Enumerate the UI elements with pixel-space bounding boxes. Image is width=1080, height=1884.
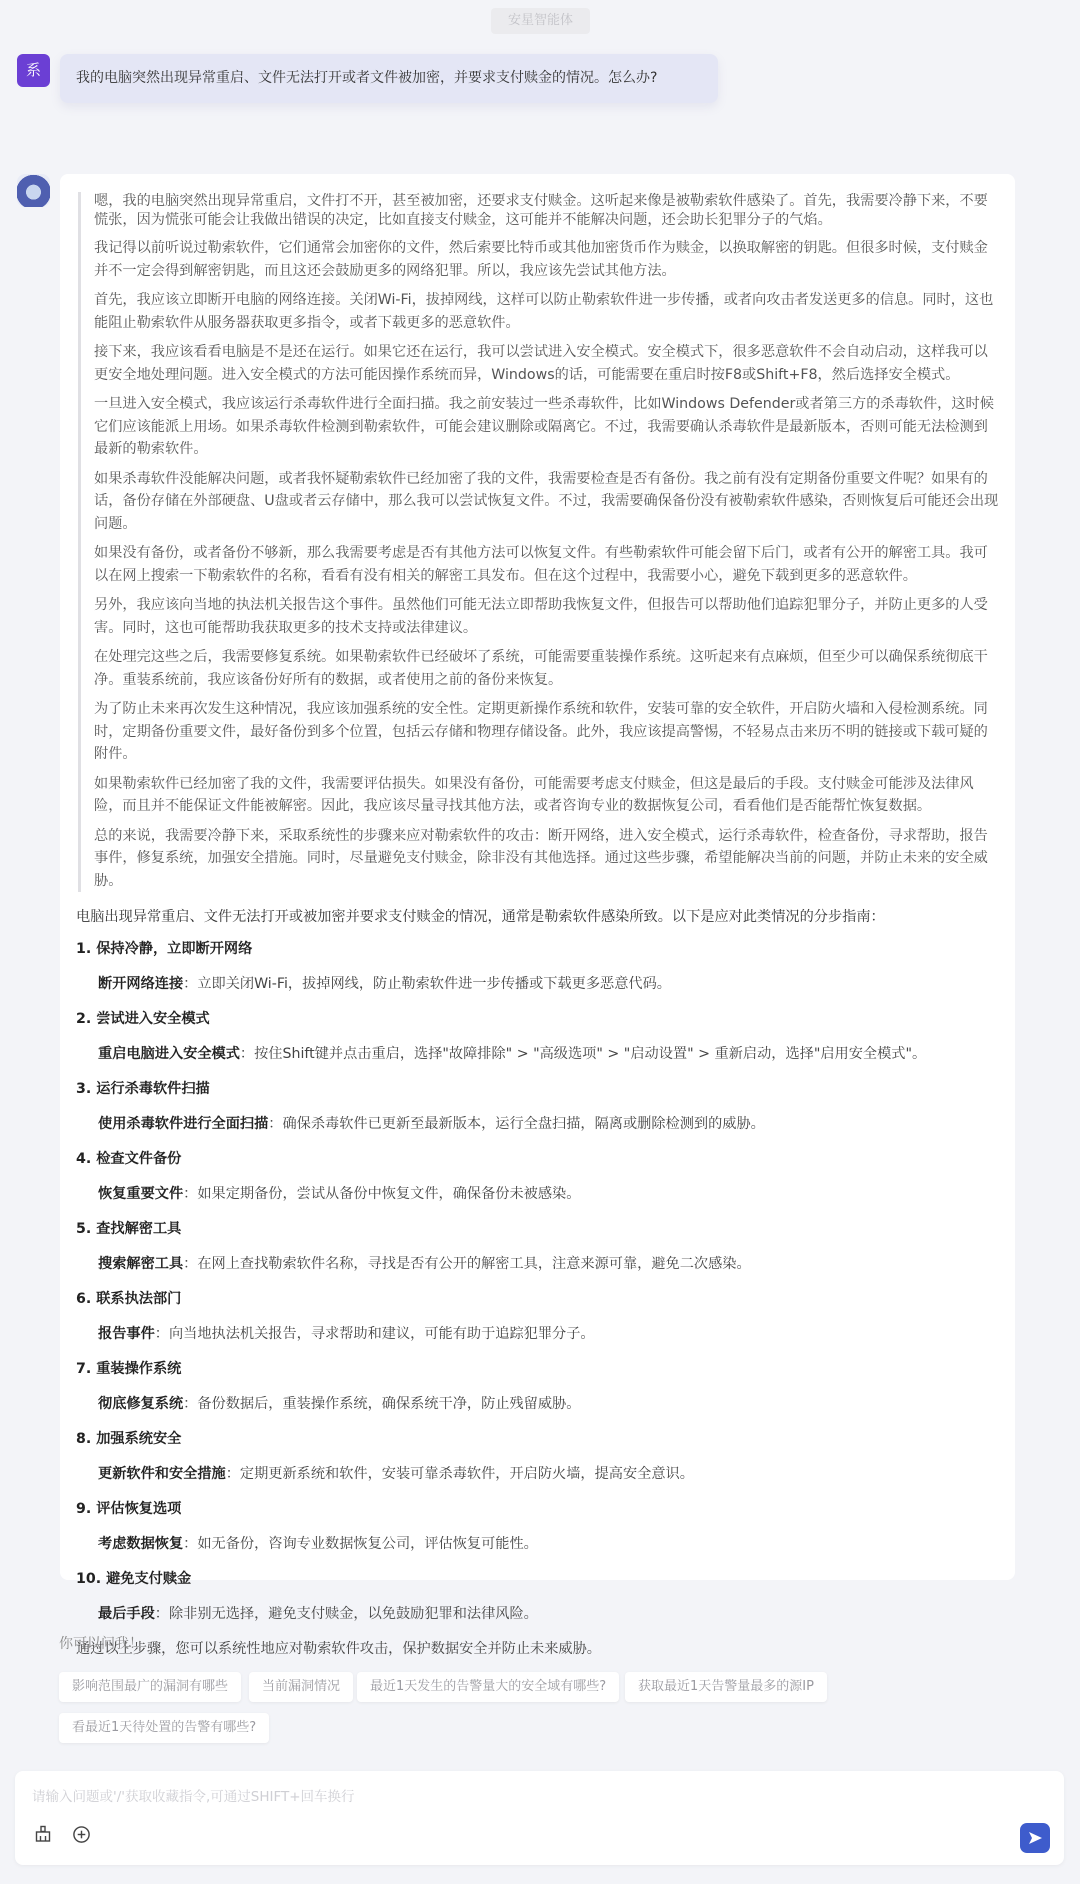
step-label: 搜索解密工具 — [98, 1256, 183, 1272]
step-label: 恢复重要文件 — [98, 1186, 183, 1202]
step-label: 更新软件和安全措施 — [98, 1466, 226, 1482]
step-text: ：立即关闭Wi-Fi，拔掉网线，防止勒索软件进一步传播或下载更多恶意代码。 — [183, 976, 671, 992]
reasoning-paragraph: 嗯，我的电脑突然出现异常重启，文件打不开，甚至被加密，还要求支付赎金。这听起来像… — [94, 192, 999, 230]
app-title-tag: 安星智能体 — [491, 8, 590, 34]
step-title: 1. 保持冷静，立即断开网络 — [76, 938, 999, 960]
chat-input-box — [15, 1771, 1064, 1865]
user-message-bubble: 我的电脑突然出现异常重启、文件无法打开或者文件被加密，并要求支付赎金的情况。怎么… — [60, 54, 718, 103]
answer-intro: 电脑出现异常重启、文件无法打开或被加密并要求支付赎金的情况，通常是勒索软件感染所… — [76, 906, 999, 928]
step-body: 报告事件：向当地执法机关报告，寻求帮助和建议，可能有助于追踪犯罪分子。 — [76, 1323, 999, 1345]
step-text: ：在网上查找勒索软件名称，寻找是否有公开的解密工具，注意来源可靠，避免二次感染。 — [183, 1256, 751, 1272]
step-title: 6. 联系执法部门 — [76, 1288, 999, 1310]
user-avatar: 系 — [17, 54, 50, 87]
step-title: 2. 尝试进入安全模式 — [76, 1008, 999, 1030]
broom-icon[interactable] — [32, 1823, 54, 1845]
step-label: 考虑数据恢复 — [98, 1536, 183, 1552]
step-body: 更新软件和安全措施：定期更新系统和软件，安装可靠杀毒软件，开启防火墙，提高安全意… — [76, 1463, 999, 1485]
step-text: ：如无备份，咨询专业数据恢复公司，评估恢复可能性。 — [183, 1536, 538, 1552]
step-label: 重启电脑进入安全模式 — [98, 1046, 240, 1062]
reasoning-paragraph: 为了防止未来再次发生这种情况，我应该加强系统的安全性。定期更新操作系统和软件，安… — [94, 698, 999, 766]
step-body: 最后手段：除非别无选择，避免支付赎金，以免鼓励犯罪和法律风险。 — [76, 1603, 999, 1625]
step-title: 3. 运行杀毒软件扫描 — [76, 1078, 999, 1100]
step-label: 使用杀毒软件进行全面扫描 — [98, 1116, 268, 1132]
step-label: 彻底修复系统 — [98, 1396, 183, 1412]
reasoning-paragraph: 我记得以前听说过勒索软件，它们通常会加密你的文件，然后索要比特币或其他加密货币作… — [94, 237, 999, 282]
step-text: ：如果定期备份，尝试从备份中恢复文件，确保备份未被感染。 — [183, 1186, 580, 1202]
suggestion-chip[interactable]: 影响范围最广的漏洞有哪些 — [59, 1672, 241, 1702]
send-icon — [1026, 1829, 1044, 1847]
step-label: 最后手段 — [98, 1606, 155, 1622]
chat-input[interactable] — [32, 1785, 932, 1809]
step-body: 断开网络连接：立即关闭Wi-Fi，拔掉网线，防止勒索软件进一步传播或下载更多恶意… — [76, 973, 999, 995]
step-label: 报告事件 — [98, 1326, 155, 1342]
bot-avatar — [17, 174, 50, 207]
step-title: 5. 查找解密工具 — [76, 1218, 999, 1240]
reasoning-paragraph: 另外，我应该向当地的执法机关报告这个事件。虽然他们可能无法立即帮助我恢复文件，但… — [94, 594, 999, 639]
step-text: ：定期更新系统和软件，安装可靠杀毒软件，开启防火墙，提高安全意识。 — [226, 1466, 694, 1482]
suggestion-chip[interactable]: 看最近1天待处置的告警有哪些? — [59, 1713, 269, 1743]
step-body: 重启电脑进入安全模式：按住Shift键并点击重启，选择"故障排除" > "高级选… — [76, 1043, 999, 1065]
reasoning-paragraph: 总的来说，我需要冷静下来，采取系统性的步骤来应对勒索软件的攻击：断开网络，进入安… — [94, 825, 999, 893]
plus-circle-icon[interactable] — [70, 1823, 92, 1845]
step-text: ：备份数据后，重装操作系统，确保系统干净，防止残留威胁。 — [183, 1396, 580, 1412]
answer-block: 电脑出现异常重启、文件无法打开或被加密并要求支付赎金的情况，通常是勒索软件感染所… — [76, 906, 999, 1660]
reasoning-block: 嗯，我的电脑突然出现异常重启，文件打不开，甚至被加密，还要求支付赎金。这听起来像… — [78, 192, 999, 892]
step-title: 7. 重装操作系统 — [76, 1358, 999, 1380]
step-text: ：向当地执法机关报告，寻求帮助和建议，可能有助于追踪犯罪分子。 — [155, 1326, 595, 1342]
step-title: 8. 加强系统安全 — [76, 1428, 999, 1450]
reasoning-paragraph: 首先，我应该立即断开电脑的网络连接。关闭Wi-Fi，拔掉网线，这样可以防止勒索软… — [94, 289, 999, 334]
reasoning-paragraph: 接下来，我应该看看电脑是不是还在运行。如果它还在运行，我可以尝试进入安全模式。安… — [94, 341, 999, 386]
step-text: ：除非别无选择，避免支付赎金，以免鼓励犯罪和法律风险。 — [155, 1606, 538, 1622]
step-title: 10. 避免支付赎金 — [76, 1568, 999, 1590]
step-body: 恢复重要文件：如果定期备份，尝试从备份中恢复文件，确保备份未被感染。 — [76, 1183, 999, 1205]
step-text: ：按住Shift键并点击重启，选择"故障排除" > "高级选项" > "启动设置… — [240, 1046, 926, 1062]
suggestions-title: 你可以问我！ — [59, 1633, 143, 1653]
step-label: 断开网络连接 — [98, 976, 183, 992]
suggestion-chip[interactable]: 当前漏洞情况 — [249, 1672, 353, 1702]
step-body: 彻底修复系统：备份数据后，重装操作系统，确保系统干净，防止残留威胁。 — [76, 1393, 999, 1415]
suggestion-chip[interactable]: 获取最近1天告警量最多的源IP — [625, 1672, 827, 1702]
step-body: 考虑数据恢复：如无备份，咨询专业数据恢复公司，评估恢复可能性。 — [76, 1533, 999, 1555]
reasoning-paragraph: 如果没有备份，或者备份不够新，那么我需要考虑是否有其他方法可以恢复文件。有些勒索… — [94, 542, 999, 587]
reasoning-paragraph: 在处理完这些之后，我需要修复系统。如果勒索软件已经破坏了系统，可能需要重装操作系… — [94, 646, 999, 691]
step-title: 4. 检查文件备份 — [76, 1148, 999, 1170]
reasoning-paragraph: 一旦进入安全模式，我应该运行杀毒软件进行全面扫描。我之前安装过一些杀毒软件，比如… — [94, 393, 999, 461]
step-body: 使用杀毒软件进行全面扫描：确保杀毒软件已更新至最新版本，运行全盘扫描，隔离或删除… — [76, 1113, 999, 1135]
reasoning-paragraph: 如果勒索软件已经加密了我的文件，我需要评估损失。如果没有备份，可能需要考虑支付赎… — [94, 773, 999, 818]
answer-outro: 通过以上步骤，您可以系统性地应对勒索软件攻击，保护数据安全并防止未来威胁。 — [76, 1638, 999, 1660]
step-title: 9. 评估恢复选项 — [76, 1498, 999, 1520]
step-text: ：确保杀毒软件已更新至最新版本，运行全盘扫描，隔离或删除检测到的威胁。 — [268, 1116, 765, 1132]
send-button[interactable] — [1020, 1823, 1050, 1853]
step-body: 搜索解密工具：在网上查找勒索软件名称，寻找是否有公开的解密工具，注意来源可靠，避… — [76, 1253, 999, 1275]
reasoning-paragraph: 如果杀毒软件没能解决问题，或者我怀疑勒索软件已经加密了我的文件，我需要检查是否有… — [94, 468, 999, 536]
suggestion-chip[interactable]: 最近1天发生的告警量大的安全域有哪些? — [357, 1672, 619, 1702]
bot-message-card: 嗯，我的电脑突然出现异常重启，文件打不开，甚至被加密，还要求支付赎金。这听起来像… — [60, 174, 1015, 1580]
